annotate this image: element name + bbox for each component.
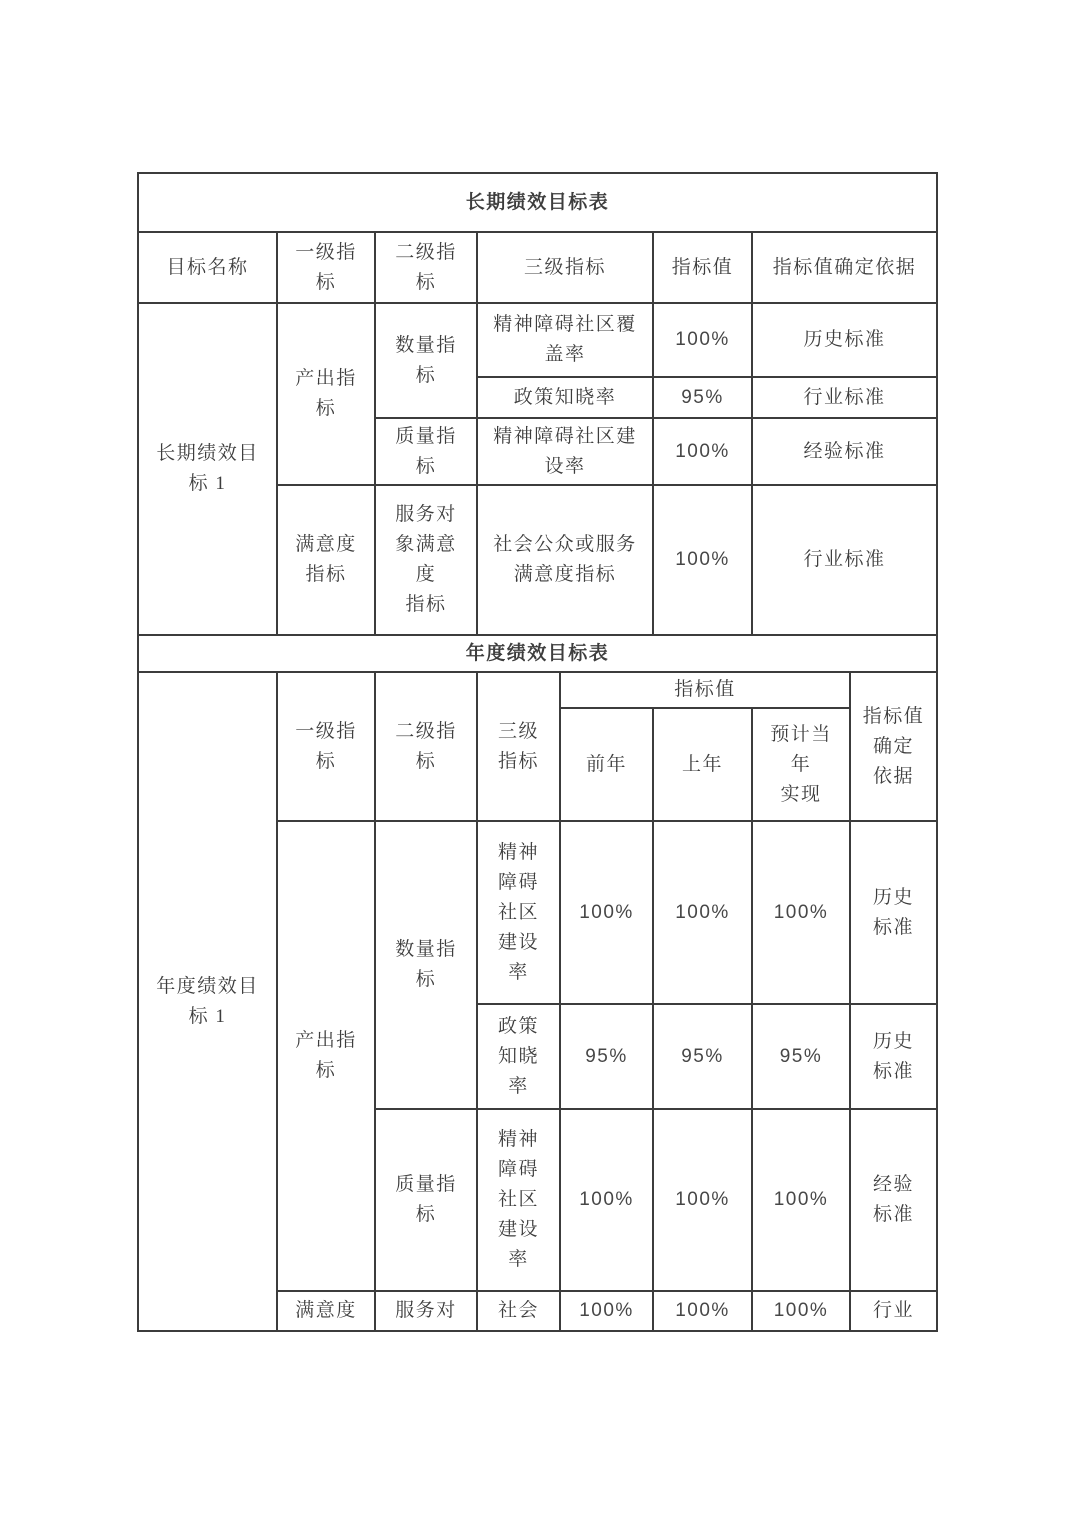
header-goal-name: 目标名称 — [138, 232, 277, 303]
annual-goal-cell: 年度绩效目 标 1 — [138, 672, 277, 1331]
value-basis-cell: 历史 标准 — [850, 1004, 937, 1109]
indicator-name-cell: 社会公众或服务 满意度指标 — [477, 485, 653, 635]
value-basis-cell: 行业 — [850, 1291, 937, 1331]
indicator-name-cell: 精神障碍社区建 设率 — [477, 418, 653, 485]
service-target-satisfaction-cell: 服务对 象满意 度 指标 — [375, 485, 477, 635]
longterm-goal-cell: 长期绩效目 标 1 — [138, 303, 277, 635]
value-current-year: 100% — [752, 1109, 850, 1291]
longterm-header-row: 目标名称 一级指 标 二级指 标 三级指标 指标值 指标值确定依据 — [138, 232, 937, 303]
value-basis-cell: 历史 标准 — [850, 821, 937, 1004]
value-current-year: 100% — [752, 1291, 850, 1331]
indicator-name-cell: 政策 知晓 率 — [477, 1004, 560, 1109]
value-basis-cell: 经验标准 — [752, 418, 937, 485]
value-basis-cell: 行业标准 — [752, 377, 937, 418]
header-indicator-value-group: 指标值 — [560, 672, 850, 708]
value-last-year: 100% — [653, 1291, 752, 1331]
indicator-value-cell: 100% — [653, 303, 752, 377]
satisfaction-indicator-cell: 满意度 指标 — [277, 485, 375, 635]
header-expected-current-year: 预计当 年 实现 — [752, 708, 850, 821]
header-last-year: 上年 — [653, 708, 752, 821]
header-level1-indicator: 一级指 标 — [277, 232, 375, 303]
quantity-indicator-cell: 数量指 标 — [375, 303, 477, 418]
longterm-title-row: 长期绩效目标表 — [138, 173, 937, 232]
performance-target-table: 长期绩效目标表 目标名称 一级指 标 二级指 标 三级指标 指标值 指标值确定依… — [137, 172, 938, 1332]
value-basis-cell: 行业标准 — [752, 485, 937, 635]
longterm-row-coverage: 长期绩效目 标 1 产出指 标 数量指 标 精神障碍社区覆 盖率 100% 历史… — [138, 303, 937, 377]
value-year-before-last: 95% — [560, 1004, 653, 1109]
indicator-value-cell: 100% — [653, 485, 752, 635]
service-target-cell: 服务对 — [375, 1291, 477, 1331]
value-current-year: 100% — [752, 821, 850, 1004]
value-last-year: 95% — [653, 1004, 752, 1109]
value-current-year: 95% — [752, 1004, 850, 1109]
indicator-name-cell: 精神 障碍 社区 建设 率 — [477, 1109, 560, 1291]
output-indicator-cell: 产出指 标 — [277, 821, 375, 1291]
quantity-indicator-cell: 数量指 标 — [375, 821, 477, 1109]
indicator-name-cell: 社会 — [477, 1291, 560, 1331]
annual-header-row: 年度绩效目 标 1 一级指 标 二级指 标 三级 指标 指标值 指标值 确定 依… — [138, 672, 937, 708]
value-basis-cell: 经验 标准 — [850, 1109, 937, 1291]
output-indicator-cell: 产出指 标 — [277, 303, 375, 485]
header-value-basis: 指标值 确定 依据 — [850, 672, 937, 821]
header-year-before-last: 前年 — [560, 708, 653, 821]
header-value-basis: 指标值确定依据 — [752, 232, 937, 303]
satisfaction-indicator-cell: 满意度 — [277, 1291, 375, 1331]
indicator-name-cell: 政策知晓率 — [477, 377, 653, 418]
annual-table-title: 年度绩效目标表 — [138, 635, 937, 672]
indicator-name-cell: 精神障碍社区覆 盖率 — [477, 303, 653, 377]
quality-indicator-cell: 质量指 标 — [375, 418, 477, 485]
header-level1-indicator: 一级指 标 — [277, 672, 375, 821]
value-last-year: 100% — [653, 821, 752, 1004]
annual-title-row: 年度绩效目标表 — [138, 635, 937, 672]
indicator-value-cell: 95% — [653, 377, 752, 418]
indicator-value-cell: 100% — [653, 418, 752, 485]
longterm-table-title: 长期绩效目标表 — [138, 173, 937, 232]
value-year-before-last: 100% — [560, 821, 653, 1004]
quality-indicator-cell: 质量指 标 — [375, 1109, 477, 1291]
value-year-before-last: 100% — [560, 1291, 653, 1331]
document-page: 长期绩效目标表 目标名称 一级指 标 二级指 标 三级指标 指标值 指标值确定依… — [0, 0, 1074, 1520]
header-level2-indicator: 二级指 标 — [375, 232, 477, 303]
header-level2-indicator: 二级指 标 — [375, 672, 477, 821]
value-basis-cell: 历史标准 — [752, 303, 937, 377]
header-indicator-value: 指标值 — [653, 232, 752, 303]
indicator-name-cell: 精神 障碍 社区 建设 率 — [477, 821, 560, 1004]
value-year-before-last: 100% — [560, 1109, 653, 1291]
header-level3-indicator: 三级指标 — [477, 232, 653, 303]
value-last-year: 100% — [653, 1109, 752, 1291]
header-level3-indicator: 三级 指标 — [477, 672, 560, 821]
